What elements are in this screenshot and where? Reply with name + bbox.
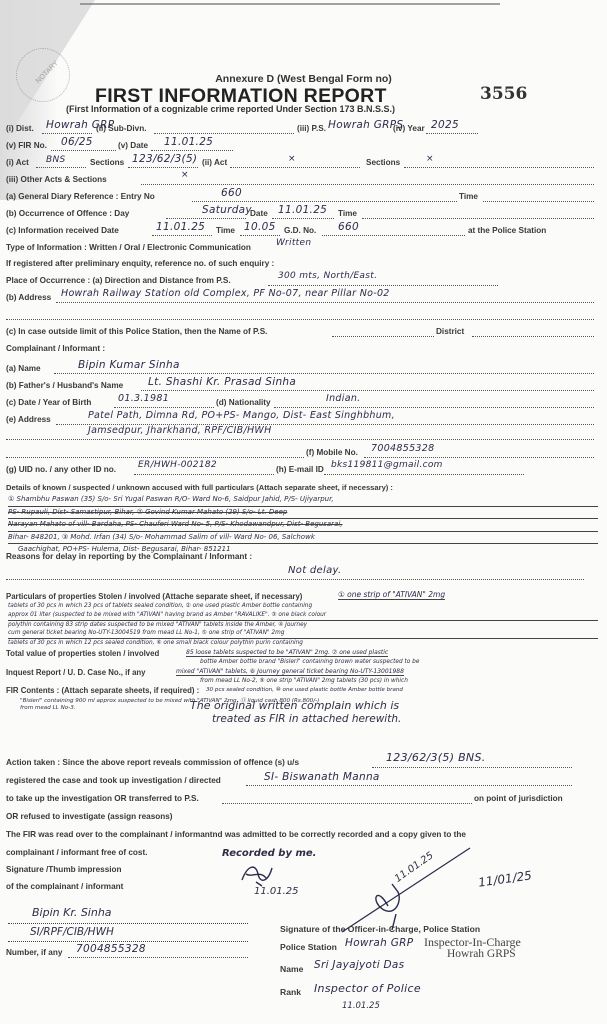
total-value-label: Total value of properties stolen / invol…: [6, 647, 159, 661]
recorded-by-text: Recorded by me.: [222, 848, 316, 859]
number-row: Number, if any 7004855328: [6, 946, 256, 960]
action-row2: registered the case and took up investig…: [6, 774, 599, 788]
accused-line: Narayan Mahato of vill- Bardaha, PS- Cha…: [8, 519, 598, 532]
info-gd-value: 660: [338, 221, 359, 233]
officer-heading-row: Signature of the Officer-in-Charge, Poli…: [280, 922, 600, 936]
refused-label: OR refused to investigate (assign reason…: [6, 810, 173, 824]
info-at-label: at the Police Station: [468, 224, 546, 238]
complainant-address-line2: Jamsedpur, Jharkhand, RPF/CIB/HWH: [88, 425, 272, 436]
uid-label: (g) UID no. / any other ID no.: [6, 463, 116, 477]
fir-number-row: (v) FIR No. 06/25 (v) Date 11.01.25: [6, 139, 599, 153]
number-value: 7004855328: [76, 943, 146, 955]
sections2-value: ×: [426, 154, 434, 164]
accused-line: PS- Rupauli, Dist- Samastipur, Bihar, ② …: [8, 507, 598, 520]
fir-contents-line3: from mead LL No-3.: [20, 705, 76, 711]
accused-heading-row: Details of known / suspected / unknown a…: [6, 481, 599, 495]
complainant-address-label: (e) Address: [6, 413, 51, 427]
officer-signature: [340, 844, 480, 934]
mobile-row: (f) Mobile No. 7004855328: [6, 446, 599, 460]
readover-text: The FIR was read over to the complainant…: [6, 828, 466, 842]
info-gd-label: G.D. No.: [284, 224, 316, 238]
gd-label: (a) General Diary Reference : Entry No: [6, 190, 155, 204]
complainant-heading-row: Complainant / Informant :: [6, 342, 599, 356]
action-row3: to take up the investigation OR transfer…: [6, 792, 599, 806]
police-station-label: Police Station: [280, 940, 337, 954]
fir-document-page: NOTARY Annexure D (West Bengal Form no) …: [0, 0, 607, 1024]
sections1-value: 123/62/3(5): [132, 153, 197, 165]
offence-date-value: 11.01.25: [278, 204, 327, 216]
acts-row: (i) Act BNS Sections 123/62/3(5) (ii) Ac…: [6, 156, 599, 170]
officer-rank-row: Rank Inspector of Police: [280, 985, 600, 999]
delay-label: Reasons for delay in reporting by the Co…: [6, 550, 252, 564]
fir-contents-line: 30 pcs sealed condition, ⑩ one used plas…: [206, 687, 403, 693]
property-line: polythin containing 83 strip dates suspe…: [8, 621, 598, 630]
occurrence-row: (b) Occurrence of Offence : Day Saturday…: [6, 207, 599, 221]
info-type-row: Type of Information : Written / Oral / E…: [6, 241, 599, 255]
outside-limit-row: (c) In case outside limit of this Police…: [6, 325, 599, 339]
info-type-value: Written: [276, 238, 311, 248]
place-address-value: Howrah Railway Station old Complex, PF N…: [61, 288, 390, 299]
scan-edge-line: [80, 3, 500, 5]
page-subtitle: (First Information of a cognizable crime…: [66, 104, 395, 114]
complainant-address-row2: Jamsedpur, Jharkhand, RPF/CIB/HWH: [6, 428, 599, 442]
info-time-value: 10.05: [244, 221, 276, 233]
information-received-row: (c) Information received Date 11.01.25 T…: [6, 224, 599, 238]
police-station-value: Howrah GRP: [345, 937, 413, 949]
act2-label: (ii) Act: [202, 156, 227, 170]
fir-no-label: (v) FIR No.: [6, 139, 47, 153]
officer-name-row: Name Sri Jayajyoti Das: [280, 962, 600, 976]
action-sections-value: 123/62/3(5) BNS.: [386, 751, 486, 764]
complainant-unit: SI/RPF/CIB/HWH: [30, 926, 114, 938]
offence-day-label: (b) Occurrence of Offence : Day: [6, 207, 129, 221]
nationality-label: (d) Nationality: [216, 396, 271, 410]
place-address-label: (b) Address: [6, 291, 51, 305]
general-diary-row: (a) General Diary Reference : Entry No 6…: [6, 190, 599, 204]
email-label: (h) E-mail ID: [276, 463, 324, 477]
dob-row: (c) Date / Year of Birth 01.3.1981 (d) N…: [6, 396, 599, 410]
serial-number: 3556: [480, 84, 527, 104]
uid-email-row: (g) UID no. / any other ID no. ER/HWH-00…: [6, 463, 599, 477]
father-name-label: (b) Father's / Husband's Name: [6, 379, 123, 393]
total-value-line2: bottle Amber bottle brand "Bisleri" cont…: [200, 659, 419, 665]
officer-rank-value: Inspector of Police: [314, 982, 421, 995]
fir-date-label: (v) Date: [118, 139, 148, 153]
father-name-value: Lt. Shashi Kr. Prasad Sinha: [148, 376, 296, 388]
number-label: Number, if any: [6, 946, 62, 960]
delay-value-row: Not delay.: [6, 568, 599, 582]
father-name-row: (b) Father's / Husband's Name Lt. Shashi…: [6, 379, 599, 393]
total-value-line: 85 loose tablets suspected to be "ATIVAN…: [186, 649, 388, 657]
outside-ps-label: (c) In case outside limit of this Police…: [6, 325, 267, 339]
officer-rank-label: Rank: [280, 985, 301, 999]
delay-label-row: Reasons for delay in reporting by the Co…: [6, 550, 599, 564]
property-line: approx 01 liter (suspected to be mixed w…: [8, 611, 598, 621]
fir-no-value: 06/25: [61, 136, 93, 148]
properties-first: ① one strip of "ATIVAN" 2mg: [338, 590, 445, 600]
place-direction-row: Place of Occurrence : (a) Direction and …: [6, 274, 599, 288]
gd-time-label: Time: [459, 190, 478, 204]
property-line: tablets of 30 pcs in which 23 pcs of tab…: [8, 602, 598, 611]
direction-value: 300 mts, North/East.: [278, 271, 377, 281]
enquiry-row: If registered after preliminary enquity,…: [6, 257, 599, 271]
transferred-label: to take up the investigation OR transfer…: [6, 792, 199, 806]
mobile-label: (f) Mobile No.: [306, 446, 358, 460]
nationality-value: Indian.: [326, 393, 360, 404]
recording-officer-signature: [238, 860, 278, 888]
property-line: cum general ticket bearing No-UTY-130045…: [8, 629, 598, 639]
other-acts-row: (iii) Other Acts & Sections ×: [6, 173, 599, 187]
accused-label: Details of known / suspected / unknown a…: [6, 481, 393, 495]
dist-label: (i) Dist.: [6, 122, 34, 136]
mobile-value: 7004855328: [371, 443, 434, 454]
officer-rank-date: 11.01.25: [342, 1001, 380, 1011]
complainant-address-line1: Patel Path, Dimna Rd, PO+PS- Mango, Dist…: [88, 410, 395, 421]
action-row4: OR refused to investigate (assign reason…: [6, 810, 599, 824]
accused-line: ① Shambhu Paswan (35) S/o- Sri Yugal Pas…: [8, 494, 598, 507]
accused-line: Bihar- 848201, ③ Mohd. Irfan (34) S/o- M…: [8, 532, 598, 545]
officer-name-value: Sri Jayajyoti Das: [314, 959, 404, 971]
complainant-name-label: (a) Name: [6, 362, 41, 376]
act2-value: ×: [288, 154, 296, 164]
fir-date-value: 11.01.25: [164, 136, 213, 148]
officer-name-label: Name: [280, 962, 303, 976]
place-address-row: (b) Address Howrah Railway Station old C…: [6, 291, 599, 305]
info-date-label: (c) Information received Date: [6, 224, 119, 238]
officer-heading: Signature of the Officer-in-Charge, Poli…: [280, 922, 480, 936]
complainant-sig-label2: of the complainant / informant: [6, 880, 123, 894]
fir-note-line1: The original written complain which is: [190, 699, 399, 712]
ps-label: (iii) P.S.: [297, 122, 326, 136]
info-date-value: 11.01.25: [156, 221, 205, 233]
other-acts-label: (iii) Other Acts & Sections: [6, 173, 107, 187]
email-value: bks119811@gmail.com: [331, 460, 443, 470]
info-time-label: Time: [216, 224, 235, 238]
readover-row: The FIR was read over to the complainant…: [6, 828, 599, 842]
inquest-line: mixed "ATIVAN" tablets, ⑧ Journey genera…: [176, 668, 404, 676]
directed-officer-value: SI- Biswanath Manna: [264, 771, 380, 783]
sections2-label: Sections: [366, 156, 400, 170]
act1-value: BNS: [46, 155, 66, 165]
offence-date-label: Date: [250, 207, 268, 221]
place-address-row2: [6, 308, 599, 322]
offence-time-label: Time: [338, 207, 357, 221]
act1-label: (i) Act: [6, 156, 29, 170]
info-type-label: Type of Information : Written / Oral / E…: [6, 241, 251, 255]
subdivn-label: (ii) Sub-Divn.: [96, 122, 146, 136]
sections1-label: Sections: [90, 156, 124, 170]
officer-stamp-line2: Howrah GRPS: [447, 948, 516, 960]
gd-value: 660: [221, 187, 242, 199]
year-value: 2025: [431, 119, 459, 131]
outside-district-label: District: [436, 325, 464, 339]
complainant-name-row: (a) Name Bipin Kumar Sinha: [6, 362, 599, 376]
complainant-name-value: Bipin Kumar Sinha: [78, 359, 180, 371]
jurisdiction-label: on point of jurisdiction: [474, 792, 563, 806]
uid-value: ER/HWH-002182: [138, 460, 217, 470]
fir-note-line2: treated as FIR in attached herewith.: [212, 713, 401, 725]
accused-details: ① Shambhu Paswan (35) S/o- Sri Yugal Pas…: [8, 494, 598, 556]
year-label: (iv) Year: [393, 122, 425, 136]
recorded-date: 11.01.25: [254, 886, 299, 897]
properties-details: tablets of 30 pcs in which 23 pcs of tab…: [8, 602, 598, 648]
other-acts-value: ×: [181, 170, 189, 180]
direction-label: Place of Occurrence : (a) Direction and …: [6, 274, 231, 288]
district-row: (i) Dist. Howrah GRP (ii) Sub-Divn. (iii…: [6, 122, 599, 136]
complainant-heading: Complainant / Informant :: [6, 342, 105, 356]
enquiry-label: If registered after preliminary enquity,…: [6, 257, 274, 271]
action-row1: Action taken : Since the above report re…: [6, 756, 599, 770]
action-label: Action taken : Since the above report re…: [6, 756, 299, 770]
directed-label: registered the case and took up investig…: [6, 774, 221, 788]
readover-text2: complainant / informant free of cost.: [6, 846, 147, 860]
delay-value: Not delay.: [288, 565, 341, 576]
complainant-signature: Bipin Kr. Sinha: [32, 906, 112, 919]
dob-value: 01.3.1981: [118, 393, 169, 404]
inquest-label: Inquest Report / U. D. Case No., if any: [6, 666, 146, 680]
complainant-sig-label: Signature /Thumb impression: [6, 863, 122, 877]
offence-day-value: Saturday: [202, 204, 252, 216]
dob-label: (c) Date / Year of Birth: [6, 396, 91, 410]
